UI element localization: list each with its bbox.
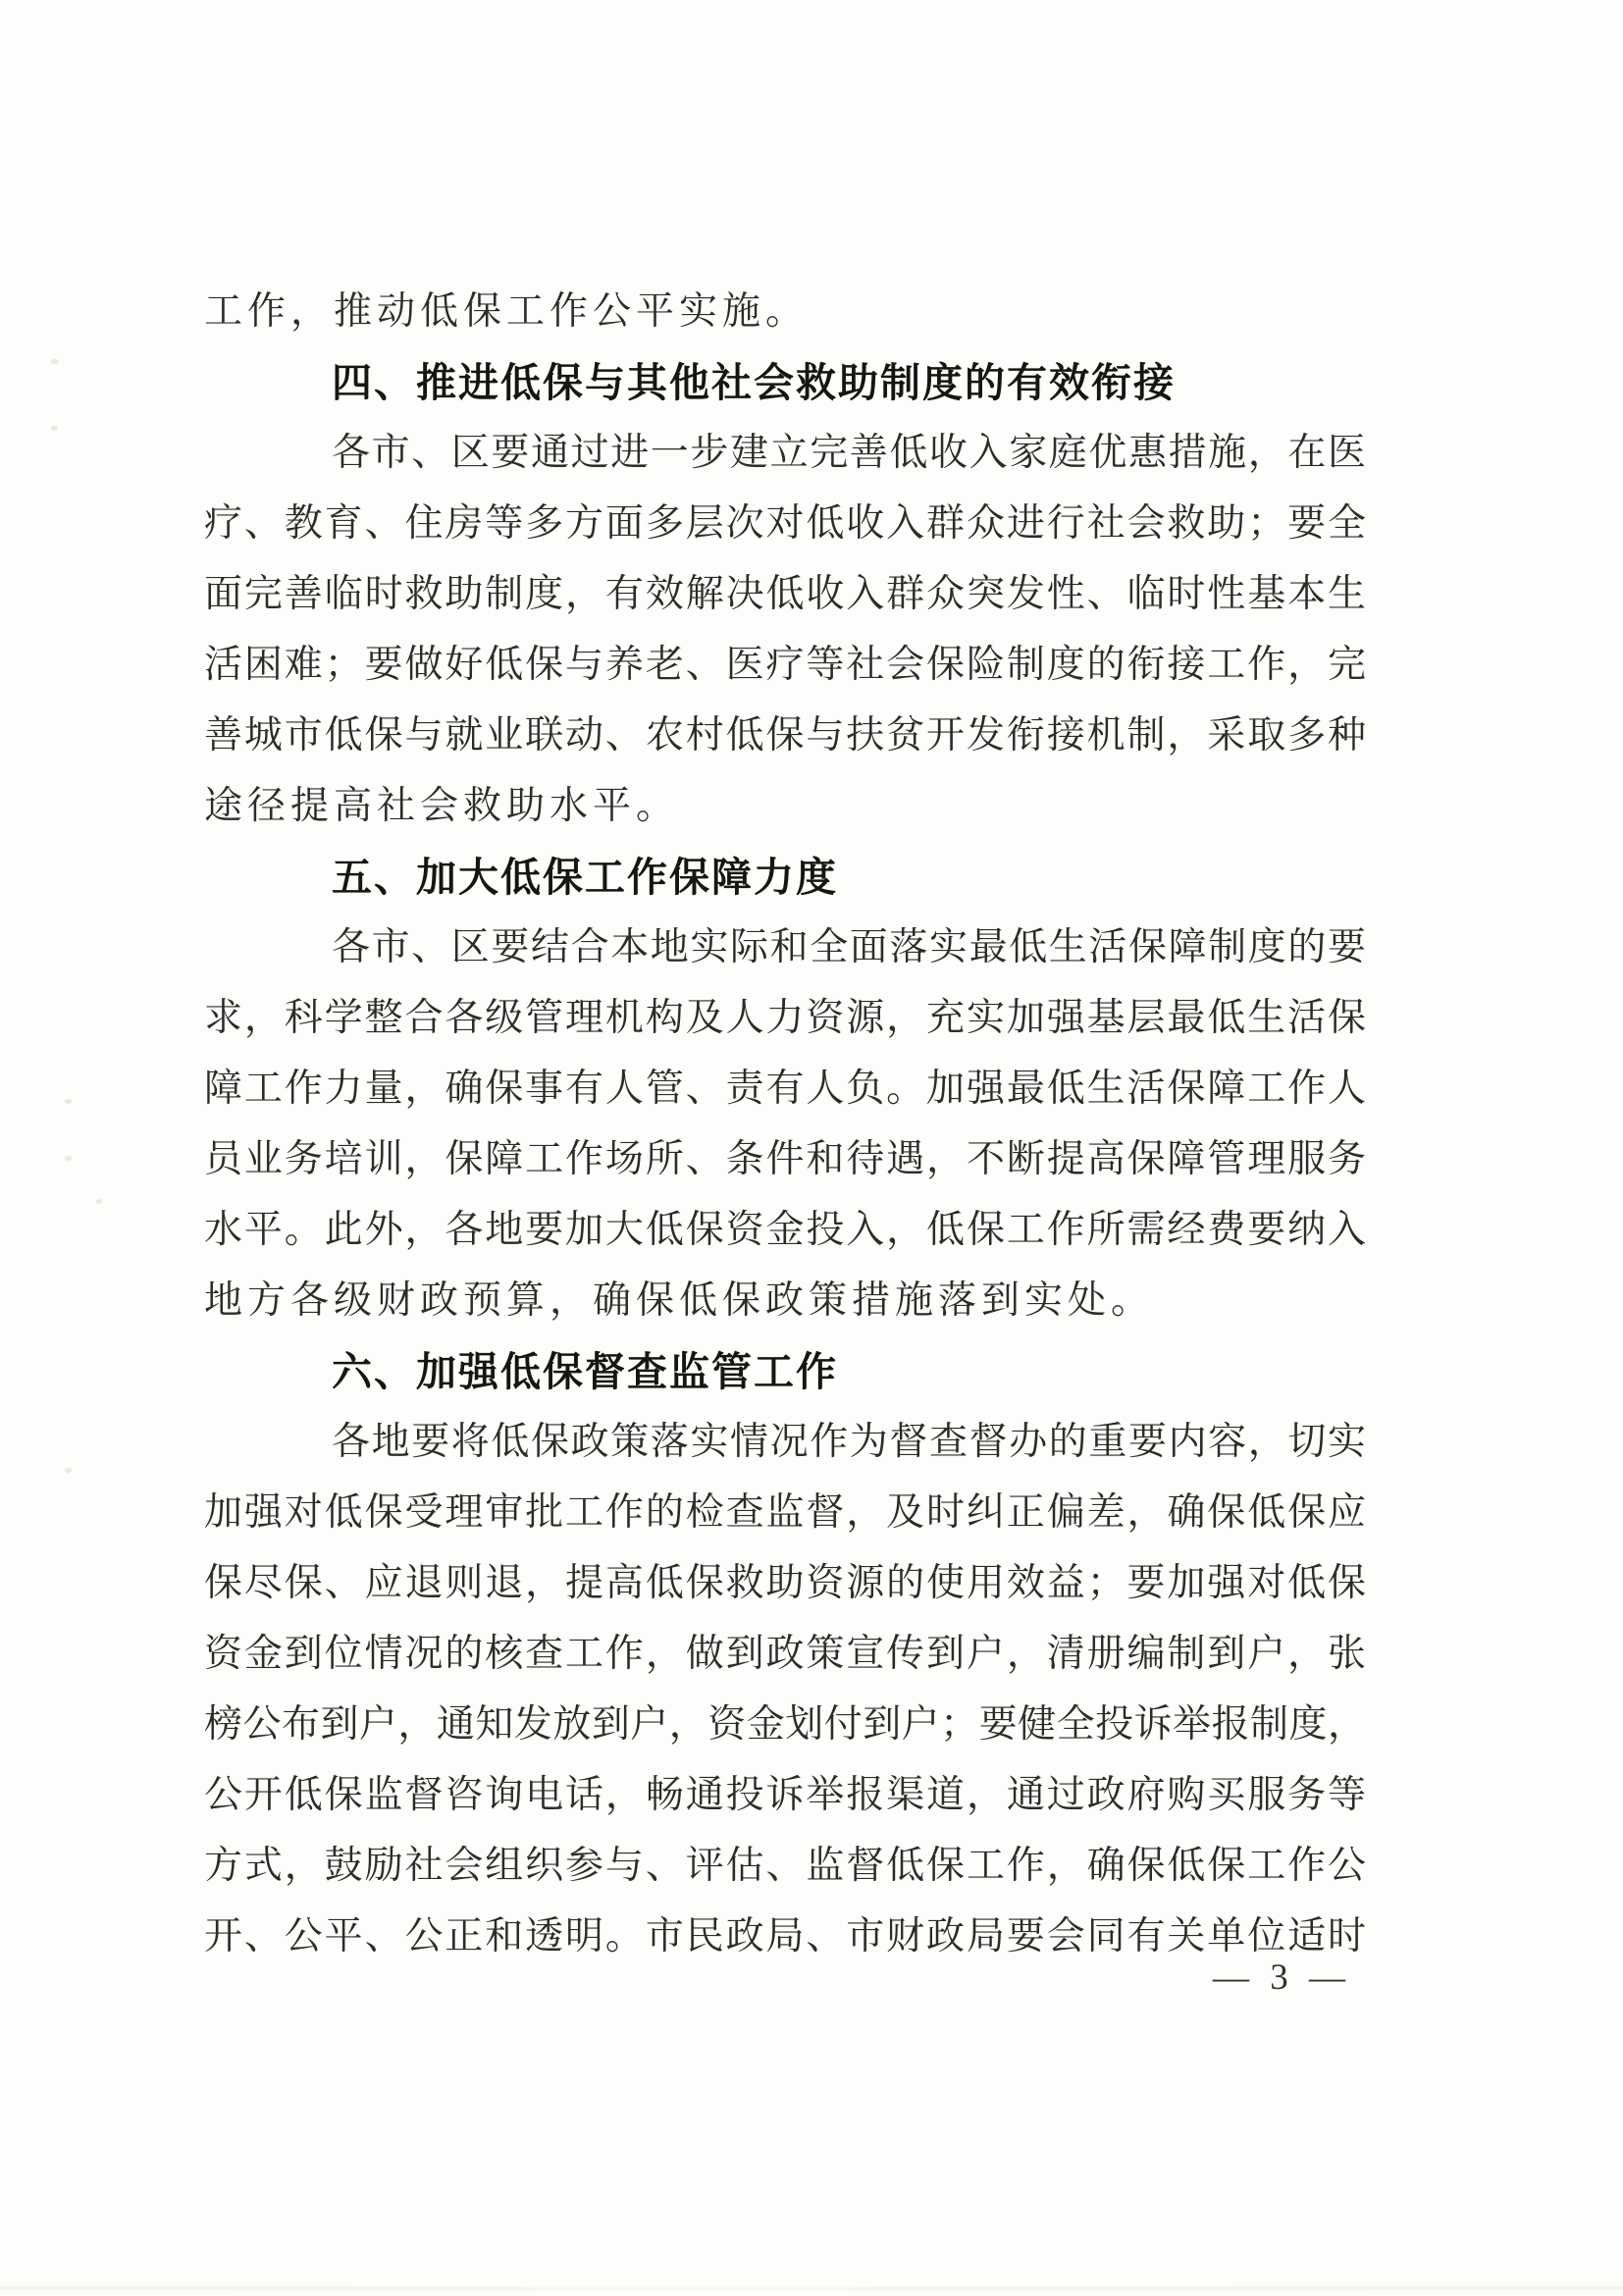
document-page: 工作，推动低保工作公平实施。四、推进低保与其他社会救助制度的有效衔接各市、区要通… bbox=[0, 0, 1623, 2296]
section-heading: 五、加大低保工作保障力度 bbox=[204, 842, 1366, 913]
text-line: 疗、教育、住房等多方面多层次对低收入群众进行社会救助；要全 bbox=[204, 489, 1366, 559]
text-line: 地方各级财政预算，确保低保政策措施落到实处。 bbox=[204, 1266, 1366, 1336]
text-line: 各市、区要结合本地实际和全面落实最低生活保障制度的要 bbox=[204, 913, 1366, 983]
text-line: 员业务培训，保障工作场所、条件和待遇，不断提高保障管理服务 bbox=[204, 1124, 1366, 1195]
text-line: 资金到位情况的核查工作，做到政策宣传到户，清册编制到户，张 bbox=[204, 1619, 1366, 1690]
scan-speck bbox=[65, 1099, 72, 1104]
text-line: 开、公平、公正和透明。市民政局、市财政局要会同有关单位适时 bbox=[204, 1902, 1366, 1972]
scan-speck bbox=[65, 1468, 72, 1473]
scan-speck bbox=[65, 1156, 72, 1161]
scan-speck bbox=[51, 359, 59, 364]
document-content: 工作，推动低保工作公平实施。四、推进低保与其他社会救助制度的有效衔接各市、区要通… bbox=[204, 277, 1366, 1972]
scan-speck bbox=[51, 426, 58, 431]
text-line: 善城市低保与就业联动、农村低保与扶贫开发衔接机制，采取多种 bbox=[204, 701, 1366, 771]
text-line: 方式，鼓励社会组织参与、评估、监督低保工作，确保低保工作公 bbox=[204, 1831, 1366, 1902]
text-line: 保尽保、应退则退，提高低保救助资源的使用效益；要加强对低保 bbox=[204, 1548, 1366, 1619]
text-line: 工作，推动低保工作公平实施。 bbox=[204, 277, 1366, 347]
text-line: 求，科学整合各级管理机构及人力资源，充实加强基层最低生活保 bbox=[204, 983, 1366, 1054]
text-line: 公开低保监督咨询电话，畅通投诉举报渠道，通过政府购买服务等 bbox=[204, 1760, 1366, 1831]
page-number: — 3 — bbox=[1213, 1955, 1351, 2002]
text-line: 水平。此外，各地要加大低保资金投入，低保工作所需经费要纳入 bbox=[204, 1195, 1366, 1266]
text-line: 榜公布到户，通知发放到户，资金划付到户；要健全投诉举报制度， bbox=[204, 1690, 1366, 1760]
text-line: 障工作力量，确保事有人管、责有人负。加强最低生活保障工作人 bbox=[204, 1054, 1366, 1124]
section-heading: 六、加强低保督查监管工作 bbox=[204, 1336, 1366, 1407]
text-line: 加强对低保受理审批工作的检查监督，及时纠正偏差，确保低保应 bbox=[204, 1478, 1366, 1548]
text-line: 面完善临时救助制度，有效解决低收入群众突发性、临时性基本生 bbox=[204, 559, 1366, 630]
text-line: 途径提高社会救助水平。 bbox=[204, 771, 1366, 842]
section-heading: 四、推进低保与其他社会救助制度的有效衔接 bbox=[204, 347, 1366, 418]
text-line: 各市、区要通过进一步建立完善低收入家庭优惠措施，在医 bbox=[204, 418, 1366, 489]
scan-speck bbox=[96, 1199, 102, 1204]
text-line: 活困难；要做好低保与养老、医疗等社会保险制度的衔接工作，完 bbox=[204, 630, 1366, 701]
text-line: 各地要将低保政策落实情况作为督查督办的重要内容，切实 bbox=[204, 1407, 1366, 1478]
scan-page-edge bbox=[0, 2286, 1623, 2290]
